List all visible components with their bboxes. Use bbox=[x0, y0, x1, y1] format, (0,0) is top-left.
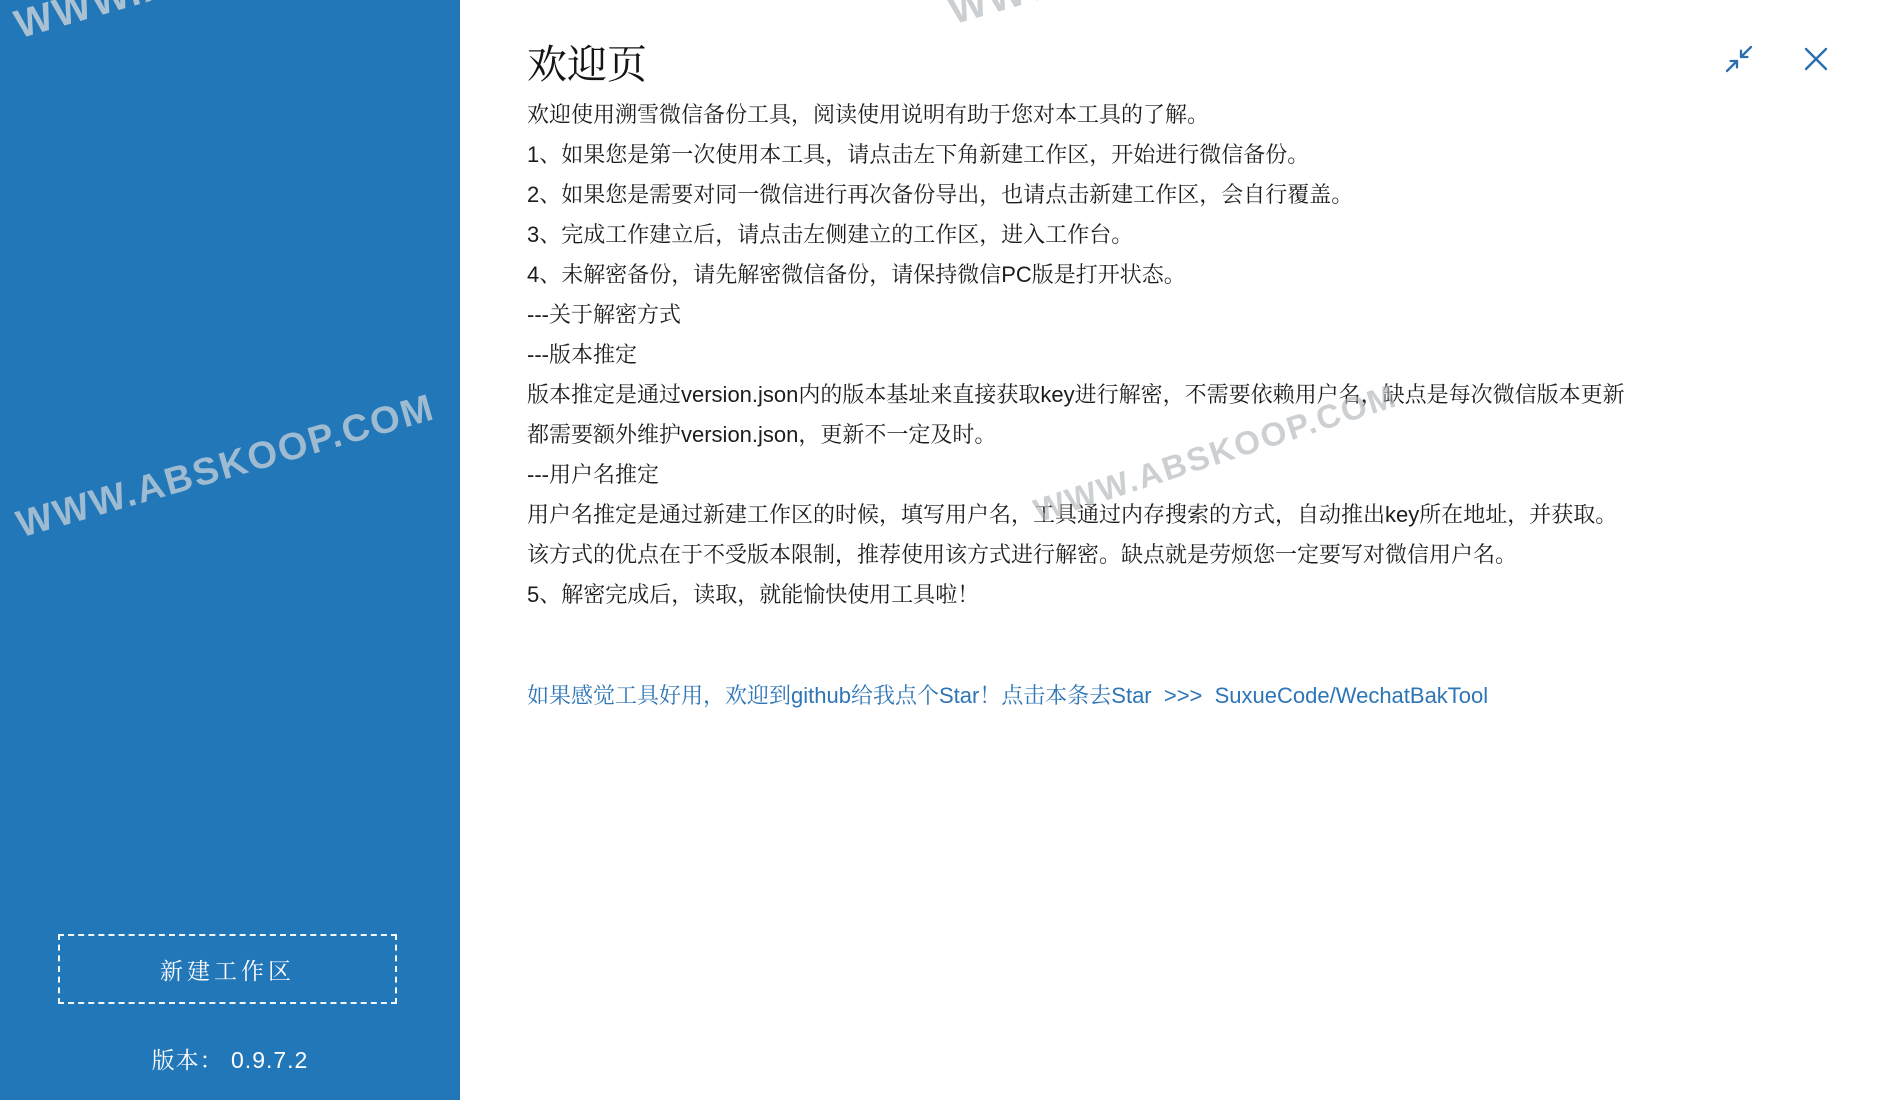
version-label: 版本： 0.9.7.2 bbox=[0, 1042, 460, 1075]
shrink-arrows-icon bbox=[1725, 45, 1753, 73]
main-panel: 欢迎页 欢迎使用溯雪微信备份工具，阅读使用说明有助于您对本工具的了解。 1、如果… bbox=[460, 0, 1900, 1100]
welcome-line: ---版本推定 bbox=[527, 335, 1625, 375]
sidebar: 新建工作区 版本： 0.9.7.2 bbox=[0, 0, 460, 1100]
welcome-text: 欢迎使用溯雪微信备份工具，阅读使用说明有助于您对本工具的了解。 1、如果您是第一… bbox=[527, 95, 1625, 615]
close-icon bbox=[1802, 45, 1830, 73]
collapse-window-button[interactable] bbox=[1724, 44, 1754, 74]
welcome-line: 4、未解密备份，请先解密微信备份，请保持微信PC版是打开状态。 bbox=[527, 255, 1625, 295]
welcome-line: 欢迎使用溯雪微信备份工具，阅读使用说明有助于您对本工具的了解。 bbox=[527, 95, 1625, 135]
welcome-line: 版本推定是通过version.json内的版本基址来直接获取key进行解密，不需… bbox=[527, 375, 1625, 415]
welcome-line: 2、如果您是需要对同一微信进行再次备份导出，也请点击新建工作区，会自行覆盖。 bbox=[527, 175, 1625, 215]
welcome-page: 欢迎页 欢迎使用溯雪微信备份工具，阅读使用说明有助于您对本工具的了解。 1、如果… bbox=[527, 38, 1625, 716]
welcome-line: 用户名推定是通过新建工作区的时候，填写用户名，工具通过内存搜索的方式，自动推出k… bbox=[527, 495, 1625, 535]
welcome-line: 都需要额外维护version.json，更新不一定及时。 bbox=[527, 415, 1625, 455]
new-workspace-button[interactable]: 新建工作区 bbox=[58, 934, 397, 1004]
welcome-line: 该方式的优点在于不受版本限制，推荐使用该方式进行解密。缺点就是劳烦您一定要写对微… bbox=[527, 535, 1625, 575]
close-window-button[interactable] bbox=[1801, 44, 1831, 74]
welcome-line: 5、解密完成后，读取，就能愉快使用工具啦！ bbox=[527, 575, 1625, 615]
welcome-line: 3、完成工作建立后，请点击左侧建立的工作区，进入工作台。 bbox=[527, 215, 1625, 255]
github-star-link[interactable]: 如果感觉工具好用，欢迎到github给我点个Star！点击本条去Star >>>… bbox=[527, 676, 1625, 716]
page-title: 欢迎页 bbox=[527, 38, 1625, 92]
welcome-line: ---关于解密方式 bbox=[527, 295, 1625, 335]
welcome-line: ---用户名推定 bbox=[527, 455, 1625, 495]
welcome-line: 1、如果您是第一次使用本工具，请点击左下角新建工作区，开始进行微信备份。 bbox=[527, 135, 1625, 175]
